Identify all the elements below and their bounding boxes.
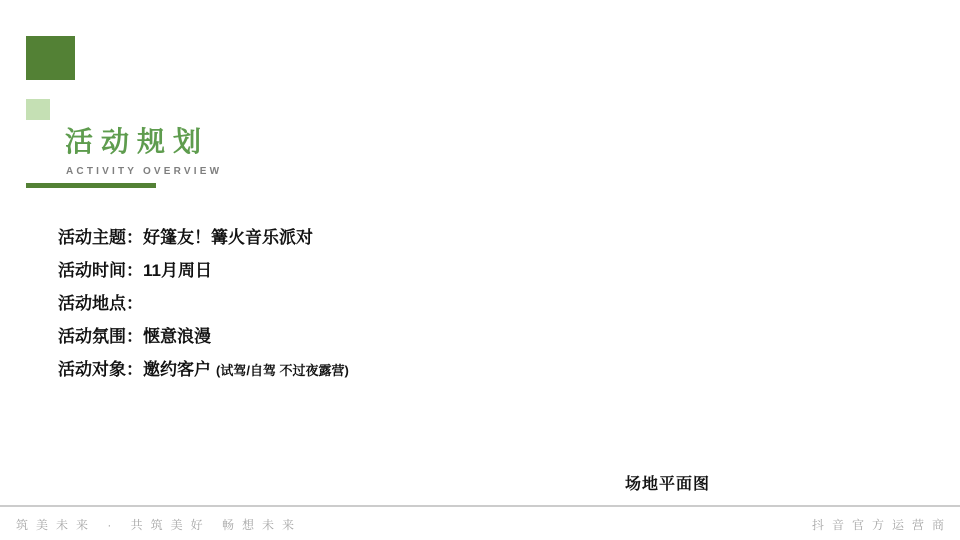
page-title: 活动规划	[65, 126, 209, 158]
info-note: (试驾/自驾 不过夜露营)	[216, 363, 349, 378]
info-value: 好篷友！篝火音乐派对	[143, 228, 313, 247]
footer-divider	[0, 505, 960, 507]
info-label: 活动对象：	[58, 360, 143, 379]
caption-site-plan: 场地平面图	[625, 471, 710, 494]
info-label: 活动时间：	[58, 261, 143, 280]
slide-canvas: 活动规划 ACTIVITY OVERVIEW 活动主题：好篷友！篝火音乐派对 活…	[0, 0, 960, 540]
footer-left-text: 筑美未来 · 共筑美好 畅想未来	[16, 516, 302, 533]
info-label: 活动氛围：	[58, 327, 143, 346]
info-row-location: 活动地点：	[58, 287, 349, 320]
info-value: 邀约客户	[143, 360, 211, 379]
info-row-time: 活动时间：11月周日	[58, 254, 349, 287]
info-label: 活动主题：	[58, 228, 143, 247]
info-row-theme: 活动主题：好篷友！篝火音乐派对	[58, 221, 349, 254]
title-underline	[26, 183, 156, 188]
info-value: 11月周日	[143, 261, 212, 280]
info-row-ambience: 活动氛围：惬意浪漫	[58, 320, 349, 353]
page-subtitle: ACTIVITY OVERVIEW	[66, 166, 222, 177]
info-label: 活动地点：	[58, 294, 143, 313]
accent-square-dark	[26, 36, 75, 80]
footer-right-text: 抖音官方运营商	[812, 516, 952, 533]
info-value: 惬意浪漫	[143, 327, 211, 346]
info-list: 活动主题：好篷友！篝火音乐派对 活动时间：11月周日 活动地点： 活动氛围：惬意…	[58, 221, 349, 386]
info-row-audience: 活动对象：邀约客户(试驾/自驾 不过夜露营)	[58, 353, 349, 386]
accent-square-light	[26, 99, 50, 120]
